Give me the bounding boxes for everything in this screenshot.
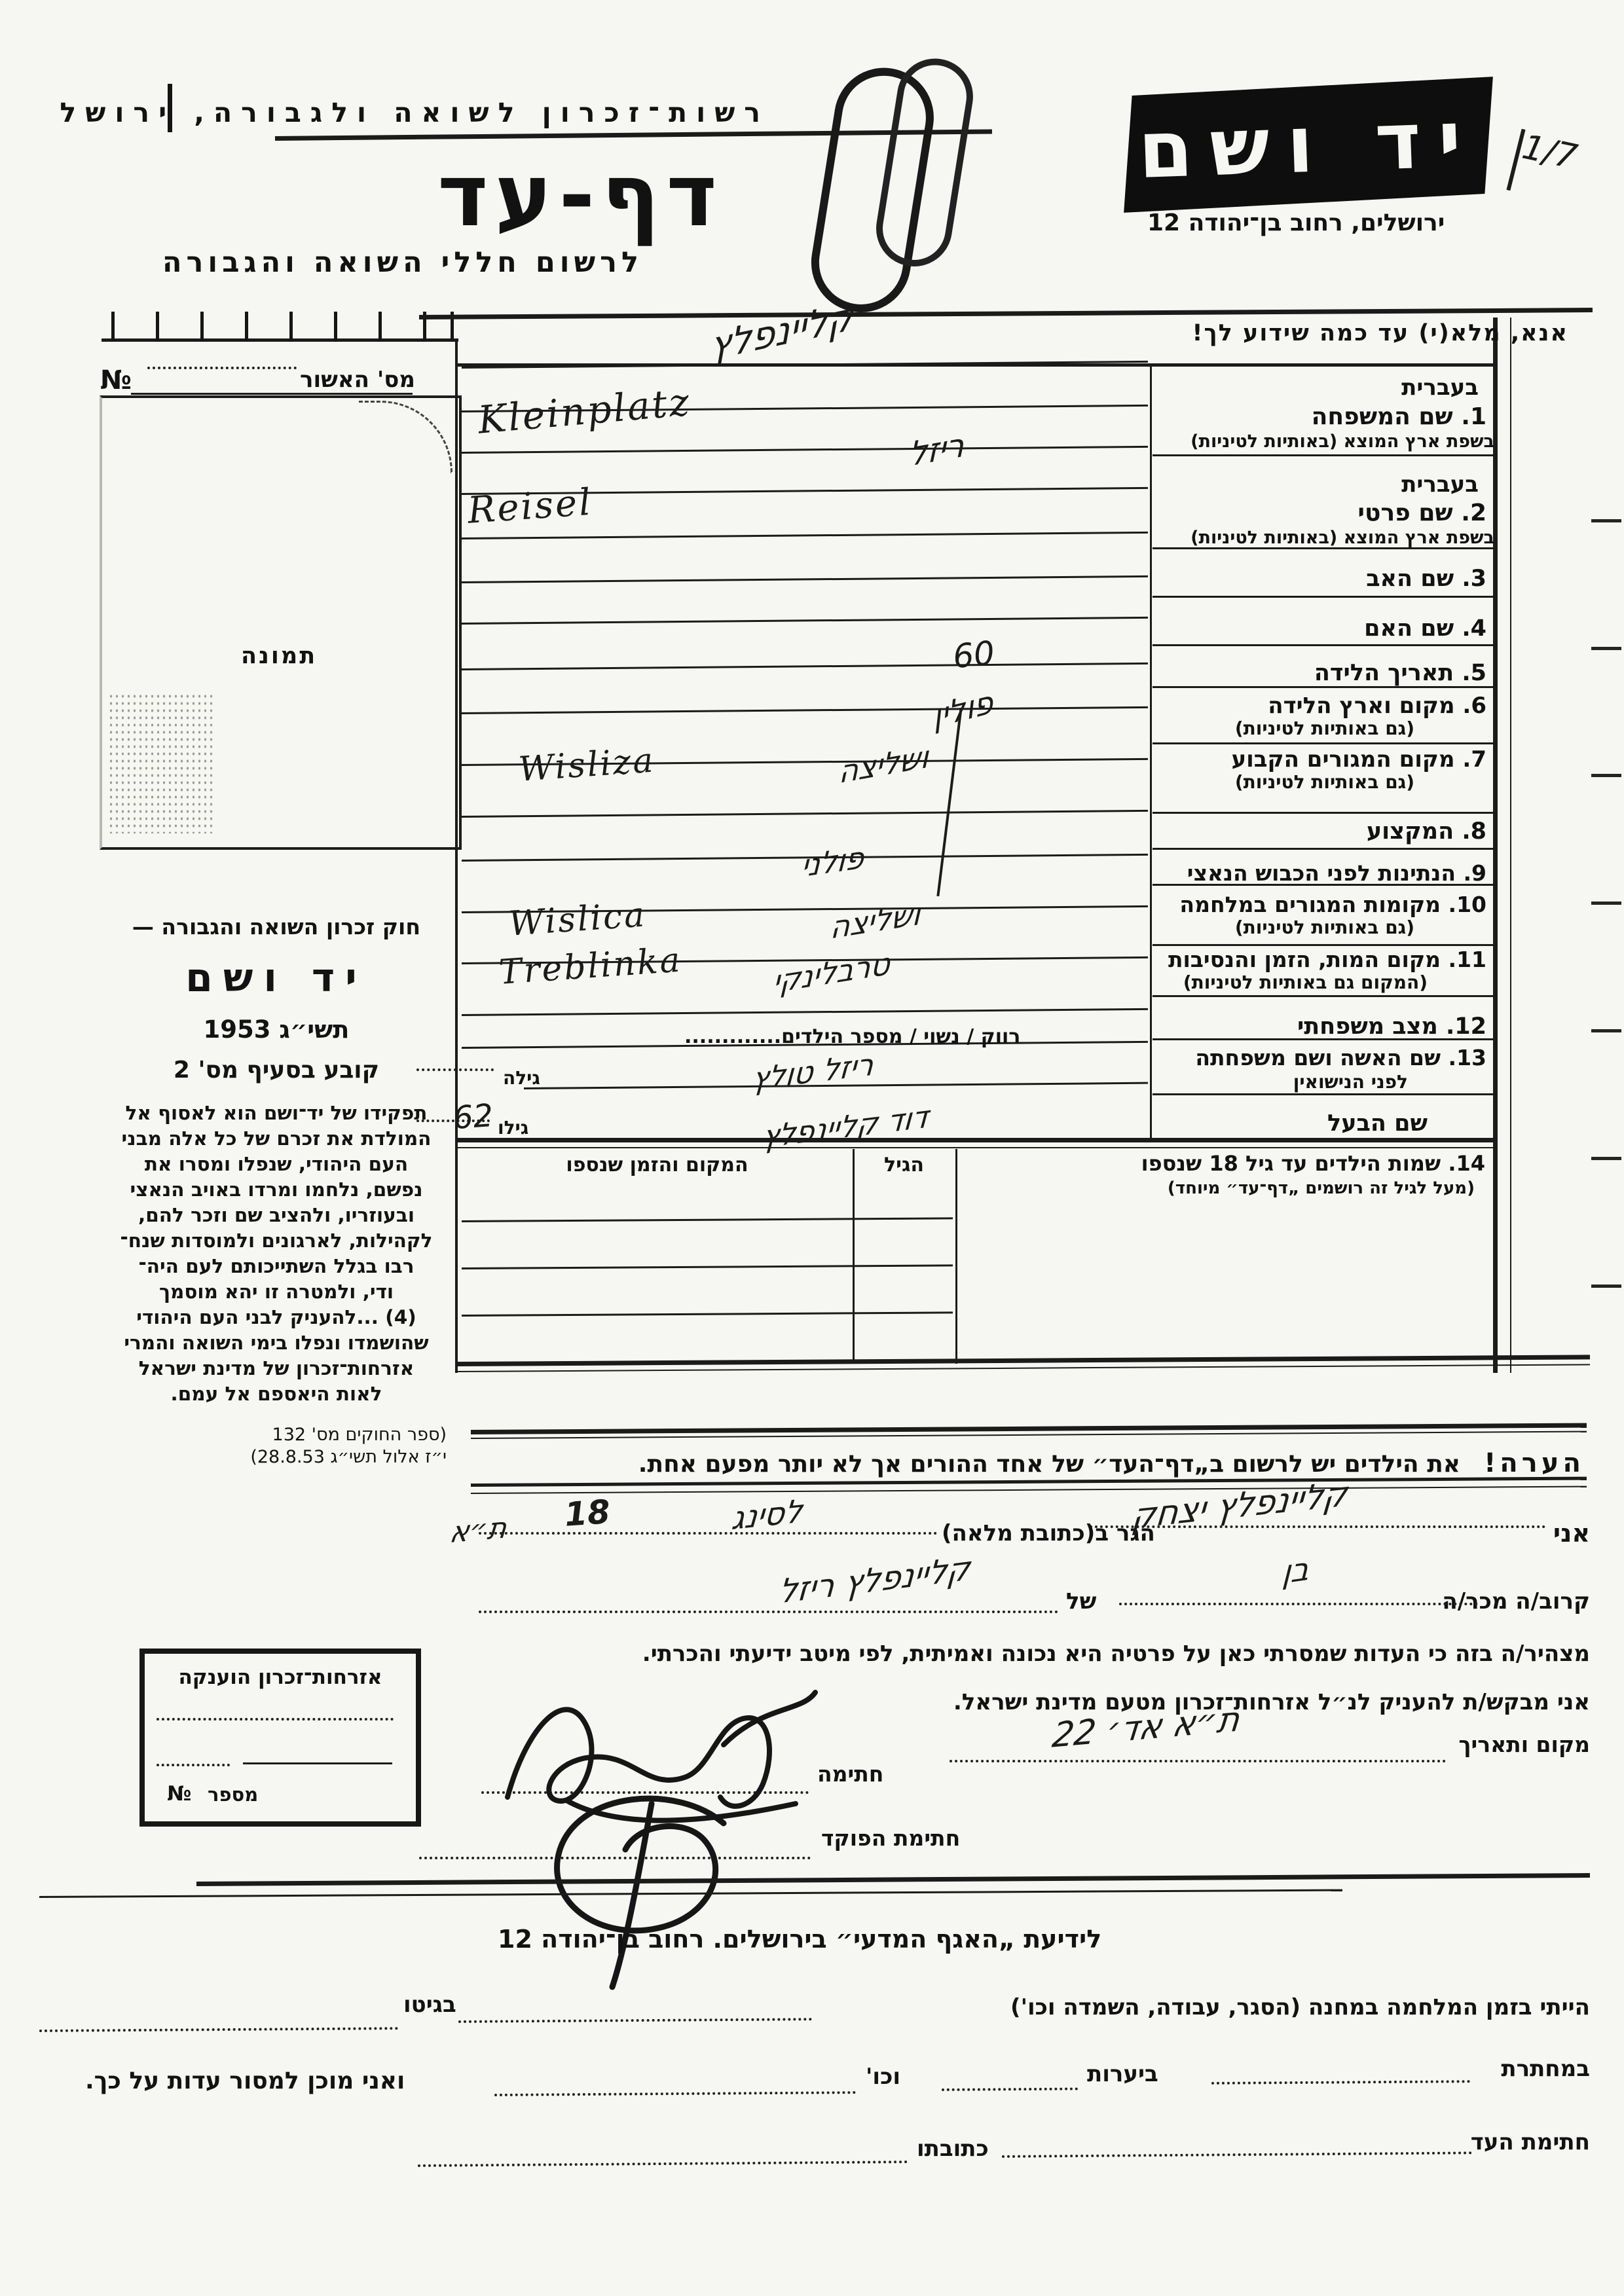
- hw-firstname-hebrew: ריזל: [908, 426, 965, 474]
- field-14-label: 14. שמות הילדים עד גיל 18 שנספו: [1141, 1151, 1485, 1176]
- footer-q1-dotted-a: [458, 2018, 812, 2023]
- law-note: (ספר החוקים מס' 132 י״ז אלול תשי״ג 28.8.…: [97, 1424, 447, 1468]
- writing-line: [462, 617, 1148, 625]
- law-paragraph-line: לאות היאספם אל עמם.: [97, 1381, 456, 1407]
- writing-line: [462, 706, 1148, 714]
- field-rule: [1153, 454, 1494, 456]
- law-year: תשי״ג 1953: [97, 1015, 456, 1044]
- law-paragraph-line: רבו בגלל השתייכותם לעם היה־: [97, 1254, 456, 1279]
- field-rule: [1153, 848, 1494, 850]
- footer-q1-ghetto: בגיטו: [403, 1992, 456, 2018]
- law-sidebar: חוק זכרון השואה והגבורה — יד ושם תשי״ג 1…: [97, 914, 456, 1468]
- field-6-sub: (גם באותיות לטיניות): [1235, 718, 1414, 739]
- writing-line: [462, 446, 1148, 454]
- hw-witness-city: ת״א: [448, 1511, 509, 1550]
- law-paragraph-line: אזרחות־זכרון של מדינת ישראל: [97, 1356, 456, 1381]
- comb-tick: [156, 312, 159, 342]
- law-section: קובע בסעיף מס' 2: [97, 1057, 456, 1084]
- field-rule: [1153, 995, 1494, 997]
- hw-residence-latin: Wisliza: [517, 740, 656, 789]
- note-body: את הילדים יש לרשום ב„דף־העד״ של אחד ההור…: [638, 1451, 1460, 1478]
- field-8-label: 8. המקצוע: [1367, 818, 1486, 845]
- law-title: חוק זכרון השואה והגבורה —: [97, 914, 456, 939]
- field-13-label: 13. שם האשה ושם משפחתה: [1195, 1045, 1486, 1070]
- law-paragraph-line: (4) ...להעניק לבני העם היהודי: [97, 1305, 456, 1330]
- footer-q3-dotted-b: [418, 2160, 908, 2167]
- hw-his-age: 62: [452, 1097, 494, 1137]
- hw-pen-stroke: [936, 708, 962, 896]
- field-11-label: 11. מקום המות, הזמן והנסיבות: [1168, 947, 1486, 972]
- law-note-line1: (ספר החוקים מס' 132: [97, 1424, 447, 1446]
- table-left-border: [455, 340, 458, 1373]
- footer-q2-dotted-a: [1211, 2080, 1470, 2085]
- scan-edge-dash: [1591, 519, 1621, 522]
- scanned-testimony-page: { "header": { "authority_line": "רשות־זכ…: [0, 0, 1624, 2296]
- place-date-dotted: [950, 1760, 1446, 1762]
- address-dotted-line: [479, 1532, 937, 1535]
- hw-witness-address: לסינג: [730, 1493, 805, 1537]
- table-label-separator: [1150, 363, 1152, 1141]
- resides-label: הגר ב(כתובת מלאה): [942, 1520, 1155, 1546]
- children-col-separator: [955, 1149, 957, 1364]
- writing-line: [462, 663, 1148, 670]
- hw-birth-country: פולין: [932, 683, 994, 736]
- note-bottom-rule2: [471, 1486, 1587, 1494]
- relative-dotted-line: [1119, 1603, 1478, 1605]
- stamp-number-label: מספר: [208, 1783, 258, 1806]
- approval-no-sign: №: [100, 365, 132, 395]
- footer-q2-dotted-c: [494, 2091, 856, 2096]
- scan-edge-dash: [1591, 774, 1621, 777]
- hw-death-place-hebrew: טרבלינקי: [772, 945, 891, 1000]
- law-paragraph-line: העם היהודי, שנפלו ומסרו את: [97, 1152, 456, 1177]
- i-label: אני: [1553, 1519, 1590, 1548]
- relative-label: קרוב/ה מכר/ה: [1442, 1588, 1590, 1614]
- footer-q3-address: כתובתו: [917, 2136, 989, 2162]
- his-age-label: גילו: [498, 1117, 528, 1139]
- children-row-line: [462, 1217, 953, 1222]
- table-right-border-outer: [1510, 318, 1511, 1373]
- hw-war-place-latin: Wislica: [507, 895, 648, 944]
- footer-q3-dotted-a: [1002, 2151, 1472, 2158]
- paperclip: [800, 43, 1009, 329]
- note-head: הערה!: [1484, 1448, 1585, 1478]
- of-dotted-line: [479, 1611, 1058, 1613]
- hw-relation: בן: [1281, 1550, 1310, 1592]
- table-right-border: [1493, 318, 1498, 1373]
- field-1-hebrew-tag: בעברית: [1401, 374, 1479, 401]
- stamp-dotted-1: [157, 1718, 394, 1721]
- children-col-separator: [853, 1149, 855, 1364]
- comb-tick: [289, 312, 293, 342]
- footer-q2-forests: ביערות: [1087, 2061, 1158, 2087]
- field-14-sub: (מעל לגיל זה רושמים „דף־עד״ מיוחד): [1168, 1178, 1475, 1198]
- writing-line: [462, 532, 1148, 539]
- her-age-label: גילה: [503, 1067, 540, 1089]
- comb-baseline: [101, 338, 458, 342]
- footer-top-rule: [196, 1873, 1590, 1886]
- law-paragraph-line: המולדת את זכרם של כל אלה מבני: [97, 1126, 456, 1152]
- logo-text: יד ושם: [1137, 93, 1480, 196]
- hw-firstname-latin: Reisel: [466, 481, 594, 532]
- comb-tick: [334, 312, 337, 342]
- children-age-header: הגיל: [853, 1154, 955, 1176]
- corner-hand-mark: 1/7: [1519, 128, 1580, 177]
- field-5-label: 5. תאריך הלידה: [1314, 660, 1486, 686]
- footer-info-title: לידיעת „האגף המדעי״ בירושלים. רחוב בן־יה…: [498, 1925, 1101, 1954]
- field-2-label: 2. שם פרטי: [1357, 500, 1486, 526]
- hw-residence-hebrew: ושליצה: [838, 738, 929, 790]
- request-line: אני מבקש/ת להעניק לנ״ל אזרחות־זכרון מטעם…: [953, 1689, 1590, 1715]
- hw-war-place-hebrew: ושליצה: [830, 896, 921, 946]
- footer-q2-dotted-b: [942, 2088, 1078, 2091]
- hw-maiden-name: ריזל טולץ: [751, 1046, 876, 1097]
- comb-tick: [378, 312, 382, 342]
- field-2-hebrew-tag: בעברית: [1401, 471, 1479, 498]
- field-rule: [1153, 596, 1494, 598]
- hw-death-place-latin: Treblinka: [498, 940, 683, 992]
- hw-witness-address-number: 18: [563, 1493, 611, 1534]
- law-note-line2: י״ז אלול תשי״ג 28.8.53): [97, 1446, 447, 1468]
- law-paragraph-line: תפקידו של יד־ושם הוא לאסוף אל: [97, 1101, 456, 1126]
- field-rule: [1153, 742, 1494, 744]
- field-2-sub: בשפת ארץ המוצא (באותיות לטיניות): [1190, 528, 1494, 548]
- footer-q2-willing: ואני מוכן למסור עדות על כך.: [85, 2068, 405, 2094]
- field-rule: [1153, 812, 1494, 814]
- table-top-border: [419, 308, 1593, 319]
- law-paragraph-line: ודי, ולמטרה זו יהא מוסמך: [97, 1279, 456, 1305]
- law-paragraph-line: שהושמדו ונפלו בימי השואה והמרי: [97, 1330, 456, 1356]
- authority-line: רשות־זכרון לשואה ולגבורה, ירושל: [60, 97, 769, 128]
- field-6-label: 6. מקום וארץ הלידה: [1268, 693, 1486, 719]
- hw-surname-hebrew: קליינפלץ: [710, 293, 854, 369]
- children-row-line: [462, 1311, 953, 1317]
- stamp-title: אזרחות־זכרון הוענקה: [145, 1666, 416, 1689]
- field-1-label: 1. שם המשפחה: [1312, 403, 1486, 430]
- footer-q1-camp: הייתי בזמן המלחמה במחנה (הסגר, עבודה, הש…: [1010, 1994, 1590, 2020]
- husband-label: שם הבעל: [1327, 1110, 1428, 1137]
- comb-tick: [245, 312, 248, 342]
- law-paragraph-line: נפשם, נלחמו ומרדו באויב הנאצי: [97, 1177, 456, 1203]
- writing-line: [462, 1008, 1148, 1016]
- declare-line: מצהיר/ה בזה כי העדות שמסרתי כאן על פרטיה…: [642, 1641, 1590, 1667]
- stamp-dotted-2: [157, 1764, 230, 1766]
- field-10-label: 10. מקומות המגורים במלחמה: [1179, 892, 1486, 917]
- scan-edge-dash: [1591, 647, 1621, 650]
- law-paragraph-line: לקהילות, לארגונים ולמוסדות שנח־: [97, 1228, 456, 1254]
- clerk-signature: [521, 1777, 743, 1994]
- field-1-sub: בשפת ארץ המוצא (באותיות לטיניות): [1190, 431, 1494, 452]
- field-10-sub: (גם באותיות לטיניות): [1235, 917, 1414, 938]
- field-rule: [1153, 944, 1494, 946]
- form-intro: אנא, מלא(י) עד כמה שידוע לך!: [1192, 320, 1568, 346]
- photo-label: תמונה: [241, 643, 317, 669]
- of-label: של: [1066, 1588, 1096, 1614]
- citizenship-stamp-box: אזרחות־זכרון הוענקה מספר №: [139, 1649, 421, 1827]
- her-age-dotted: [416, 1068, 494, 1071]
- clerk-signature-label: חתימת הפוקד: [821, 1825, 960, 1851]
- field-12-options: רווק / נשוי / מספר הילדים.............: [684, 1025, 1020, 1048]
- footer-q2-underground: במחתרת: [1501, 2056, 1590, 2082]
- scan-edge-dash: [1591, 902, 1621, 905]
- stamp-line-2: [243, 1762, 392, 1764]
- law-yad-vashem: יד ושם: [97, 955, 456, 1001]
- field-3-label: 3. שם האב: [1366, 566, 1486, 592]
- footer-q3-witness-signature: חתימת העד: [1471, 2129, 1590, 2155]
- scan-edge-dash: [1591, 1157, 1621, 1160]
- scan-edge-dash: [1591, 1285, 1621, 1288]
- field-rule: [1153, 1093, 1494, 1095]
- logo-address: ירושלים, רחוב בן־יהודה 12: [1147, 210, 1445, 236]
- approval-label: מס' האשור: [300, 367, 415, 393]
- comb-tick: [111, 312, 115, 342]
- page-title: דף-עד: [437, 145, 724, 246]
- field-11-sub: (המקום גם באותיות לטיניות): [1183, 972, 1428, 993]
- yad-vashem-logo: יד ושם: [1124, 77, 1493, 213]
- table-mid-bottom-border2: [456, 1147, 1497, 1148]
- law-paragraph-line: ובעוזריו, ולהציב שם וזכר להם,: [97, 1203, 456, 1228]
- field-13-sub: לפני הנישואין: [1293, 1071, 1408, 1093]
- field-7-label: 7. מקום המגורים הקבוע: [1231, 746, 1486, 773]
- stamp-no-sign: №: [167, 1782, 191, 1806]
- hw-citizenship: פולני: [800, 839, 865, 884]
- footer-q2-etc: וכו': [866, 2064, 900, 2090]
- place-date-label: מקום ותאריך: [1458, 1732, 1590, 1757]
- hw-of-whom: קליינפלץ ריזל: [777, 1549, 972, 1611]
- hw-surname-latin: Kleinplatz: [476, 380, 693, 443]
- children-row-line: [462, 1264, 953, 1269]
- field-rule: [1153, 686, 1494, 688]
- approval-underline: [131, 393, 413, 395]
- writing-line: [462, 575, 1148, 583]
- note-bottom-rule: [471, 1477, 1587, 1487]
- page-subtitle: לרשום חללי השואה והגבורה: [162, 246, 643, 279]
- table-mid-bottom-border: [456, 1138, 1497, 1142]
- field-7-sub: (גם באותיות לטיניות): [1235, 771, 1414, 793]
- field-4-label: 4. שם האם: [1364, 615, 1486, 642]
- comb-tick: [200, 312, 204, 342]
- field-9-label: 9. הנתינות לפני הכבוש הנאצי: [1187, 860, 1486, 886]
- field-rule: [1153, 644, 1494, 646]
- hw-birth-value: 60: [951, 634, 996, 676]
- scan-edge-dash: [1591, 1029, 1621, 1032]
- children-place-header: המקום והזמן שנספו: [462, 1154, 853, 1176]
- approval-dotted-line: [147, 367, 297, 369]
- footer-q1-dotted-b: [39, 2027, 398, 2032]
- scan-speckle: [108, 693, 213, 833]
- field-12-label: 12. מצב משפחתי: [1297, 1013, 1486, 1040]
- writing-line: [462, 810, 1148, 818]
